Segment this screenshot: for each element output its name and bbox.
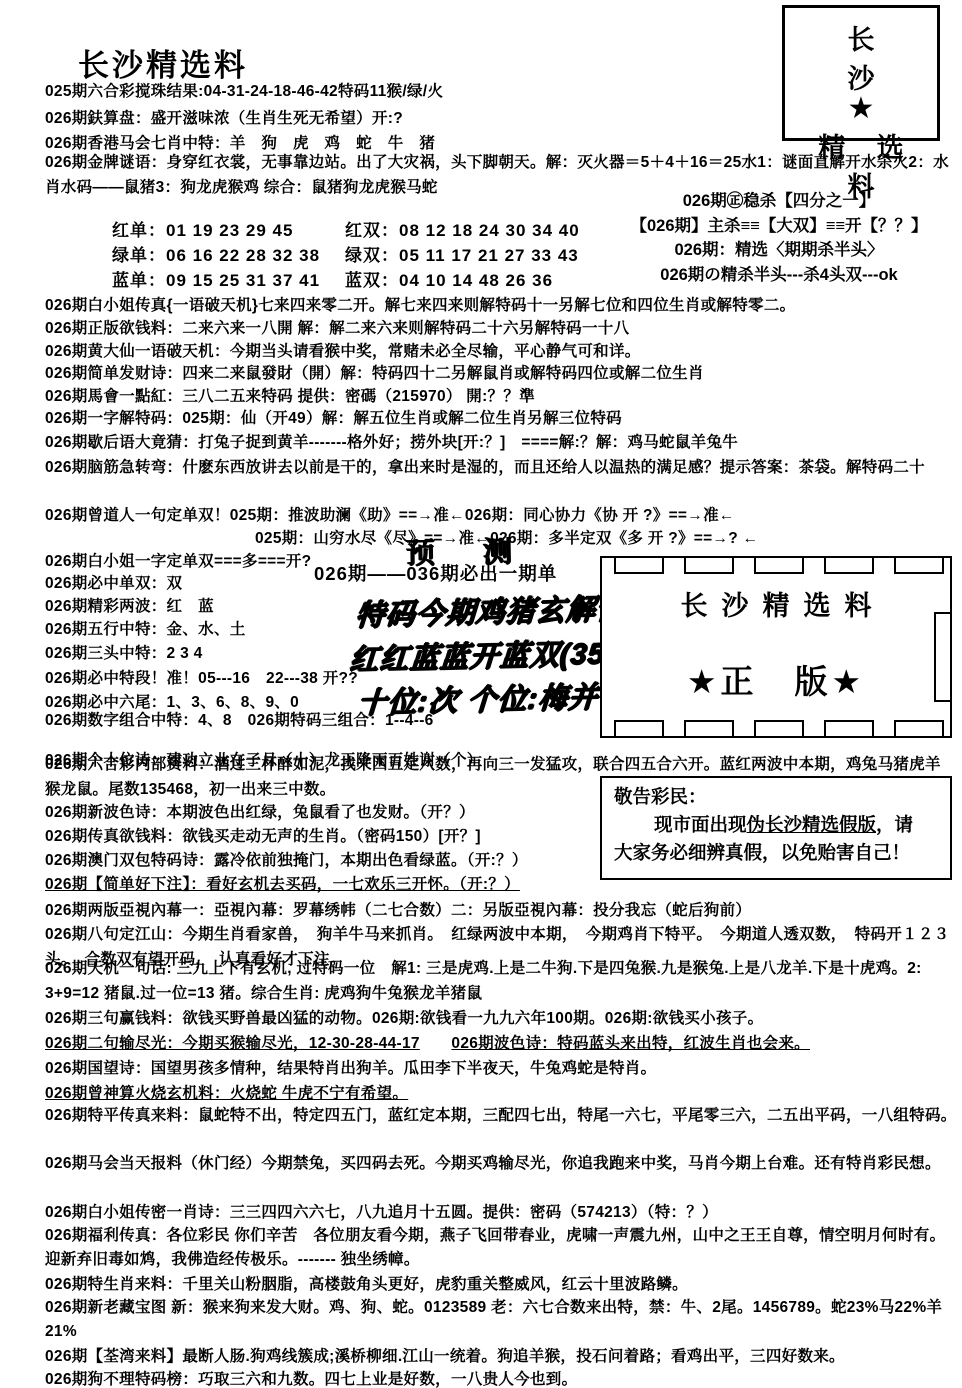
list-danshuang: 026期必中单双：双 bbox=[45, 571, 182, 593]
green-even-row: 绿双：05 11 17 21 27 33 43 bbox=[345, 241, 579, 266]
border-tab bbox=[754, 556, 804, 574]
handwriting-line-3: 十位:次 个位:梅并 bbox=[357, 675, 600, 722]
line-two-lose: 026期二句输尽光：今期买猴输尽光，12-30-28-44-17 bbox=[45, 1035, 420, 1052]
list-three-heads: 026期三头中特：2 3 4 bbox=[45, 641, 203, 663]
line-fire-mystery: 026期曾神算火烧玄机料：火烧蛇 牛虎不宁有希望。 bbox=[45, 1081, 408, 1103]
genuine-box-title: 长沙精选料 bbox=[602, 584, 950, 623]
notice-line1-underlined: 伪长沙精选假版 bbox=[747, 814, 877, 835]
line-three-win: 026期三句赢钱料：欲钱买野兽最凶猛的动物。026期:欲钱看一九九六年100期。… bbox=[45, 1006, 763, 1028]
line-tianji-sentence: 026期天机一句话: 三九上下有玄机, 过特码一位 解1: 三是虎鸡.上是二牛狗… bbox=[45, 956, 960, 1006]
notice-line1-post: ，请 bbox=[876, 814, 913, 835]
star-icon: ★ bbox=[785, 96, 937, 122]
border-tab bbox=[824, 556, 874, 574]
masthead-logo-box: 长 沙 ★ 精 选 料 bbox=[782, 5, 940, 141]
notice-line-1: 现市面出现伪长沙精选假版，请 bbox=[614, 811, 942, 839]
list-five-elements: 026期五行中特：金、水、土 bbox=[45, 617, 246, 639]
line-wave-poem: 026期波色诗：特码蓝头来出特，红波生肖也会来。 bbox=[451, 1035, 810, 1052]
line-quanwan: 026期【荃湾来料】最断人肠.狗鸡线簇成;溪桥柳细.江山一统着。狗追羊猴，投石问… bbox=[45, 1344, 845, 1366]
line-baixiaojie-fax: 026期白小姐传真{一语破天机}七来四来零二开。解七来四来则解特码十一另解七位和… bbox=[45, 293, 795, 315]
border-tab bbox=[894, 556, 944, 574]
kill-line-1: 026期㊣稳杀【四分之一】 bbox=[596, 189, 962, 214]
line-mahui-yidianhong: 026期馬會一點紅：三八二五来特码 提供：密碼（215970） 開:？？準 bbox=[45, 384, 535, 406]
line-special-zodiac: 026期特生肖来料：千里关山粉胭脂，高楼鼓角头更好，虎豹重关整威风，红云十里波路… bbox=[45, 1272, 688, 1294]
lottery-tip-sheet: 长沙精选料 长 沙 ★ 精 选 料 025期六合彩搅珠结果:04-31-24-1… bbox=[0, 0, 962, 1388]
border-tab bbox=[894, 720, 944, 738]
line-goubuli: 026期狗不理特码榜：巧取三六和九数。四七上业是好数，一八贵人今也到。 bbox=[45, 1367, 577, 1388]
genuine-box-label: ★正 版★ bbox=[602, 656, 950, 703]
red-odd-row: 红单：01 19 23 29 45 bbox=[112, 216, 293, 241]
line-welfare-fax: 026期福利传真：各位彩民 你们辛苦 各位朋友看今期，燕子飞回带春业，虎啸一声震… bbox=[45, 1224, 960, 1272]
line-easy-bet: 026期【简单好下注】：看好玄机去买码，一七欢乐三开怀。（开:？） bbox=[45, 872, 520, 894]
line-huangdaxian: 026期黄大仙一语破天机：今期当头请看猴中奖，常赌未必全尽输，平心静气可和详。 bbox=[45, 339, 641, 361]
line-sameday-report: 026期马会当天报料（休门经）今期禁兔，买四码去死。今期买鸡输尽光，你追我跑来中… bbox=[45, 1152, 960, 1176]
green-odd-row: 绿单：06 16 22 28 32 38 bbox=[112, 241, 320, 266]
border-tab bbox=[754, 720, 804, 738]
line-teping-fax: 026期特平传真来料：鼠蛇特不出，特定四五门，蓝红定本期，三配四七出，特尾一六七… bbox=[45, 1104, 960, 1128]
list-special-segment: 026期必中特段！准！05---16 22---38 开?? bbox=[45, 666, 358, 688]
notice-line-2: 大家务必细辨真假，以免贻害自己！ bbox=[614, 839, 942, 867]
notice-heading: 敬告彩民： bbox=[614, 783, 942, 811]
line-iron-abacus: 026期鈇算盘：盛开滋味浓（生肖生死无希望）开:? bbox=[45, 106, 403, 128]
logo-top-text: 长 沙 bbox=[785, 18, 937, 96]
kill-line-3: 026期：精选〈期期杀半头〉 bbox=[596, 238, 962, 263]
kill-line-2: 【026期】主杀≡≡【大双】≡≡开【？？】 bbox=[596, 214, 962, 239]
border-tab bbox=[614, 720, 664, 738]
stable-kill-block: 026期㊣稳杀【四分之一】 【026期】主杀≡≡【大双】≡≡开【？？】 026期… bbox=[596, 189, 962, 287]
line-new-wave-poem: 026期新波色诗：本期波色出红绿，兔鼠看了也发财。（开？） bbox=[45, 800, 475, 822]
border-tab bbox=[824, 720, 874, 738]
blue-even-row: 蓝双：04 10 14 48 26 36 bbox=[345, 266, 553, 291]
red-even-row: 红双：08 12 18 24 30 34 40 bbox=[345, 216, 580, 241]
line-draw-result-025: 025期六合彩搅珠结果:04-31-24-18-46-42特码11猴/绿/火 bbox=[45, 79, 443, 101]
line-atv-insider: 026期两版亞視內幕一：亞視內幕：罗幕绣帏（二七合数）二：另版亞視內幕：投分我忘… bbox=[45, 898, 751, 920]
line-lose-and-wave: 026期二句输尽光：今期买猴输尽光，12-30-28-44-17 026期波色诗… bbox=[45, 1031, 810, 1053]
line-zengdaoren-1: 026期曾道人一句定单双！025期：推波助澜《助》==→准←026期：同心协力《… bbox=[45, 503, 735, 525]
blue-odd-row: 蓝单：09 15 25 31 37 41 bbox=[112, 266, 320, 291]
kill-line-4: 026期の精杀半头---杀4头双---ok bbox=[596, 263, 962, 288]
genuine-edition-box: 长沙精选料 ★正 版★ bbox=[600, 556, 952, 738]
border-tab bbox=[684, 720, 734, 738]
must-appear-single: 026期——036期必出一期单 bbox=[314, 560, 557, 586]
line-brain-teaser: 026期脑筋急转弯：什麽东西放讲去以前是干的，拿出来时是湿的，而且还给人以温热的… bbox=[45, 455, 960, 480]
line-macau-poem: 026期澳门双包特码诗：露冷依前独掩门，本期出色看绿蓝。（开:？） bbox=[45, 848, 528, 870]
line-fax-yuqian: 026期传真欲钱料：欲钱买走动无声的生肖。（密码150）[开？] bbox=[45, 824, 481, 846]
line-one-word-danshuang: 026期白小姐一字定单双===多===开? bbox=[45, 549, 311, 571]
handwriting-line-1: 特码今期鸡猪玄解情 bbox=[354, 586, 627, 634]
line-guowang-poem: 026期国望诗：国望男孩多情种，结果特肖出狗羊。瓜田李下半夜天，牛兔鸡蛇是特肖。 bbox=[45, 1056, 656, 1078]
border-tab bbox=[684, 556, 734, 574]
notice-line1-pre: 现市面出现 bbox=[654, 814, 747, 835]
line-one-word-special: 026期一字解特码：025期：仙（开49）解：解五位生肖或解二位生肖另解三位特码 bbox=[45, 406, 622, 428]
list-two-waves: 026期精彩两波：红 蓝 bbox=[45, 594, 214, 616]
line-treasure-map: 026期新老藏宝图 新：猴来狗来发大财。鸡、狗、蛇。0123589 老：六七合数… bbox=[45, 1296, 960, 1344]
line-yuqian-liao: 026期正版欲钱料：二来六来一八開 解：解二来六来则解特码二十六另解特码一十八 bbox=[45, 316, 629, 338]
line-facai-poem: 026期简单发财诗：四来二来鼠發財（開）解：特码四十二另解鼠肖或解特码四位或解二… bbox=[45, 361, 704, 383]
line-xiehouyu: 026期歇后语大竟猜：打兔子捉到黄羊-------格外好；捞外块[开:？] ==… bbox=[45, 430, 738, 452]
notice-box: 敬告彩民： 现市面出现伪长沙精选假版，请 大家务必细辨真假，以免贻害自己！ bbox=[600, 776, 952, 880]
line-secret-zodiac-poem: 026期白小姐传密一肖诗：三三四四六六七，八九追月十五圆。提供：密码（57421… bbox=[45, 1200, 718, 1222]
border-tab bbox=[614, 556, 664, 574]
